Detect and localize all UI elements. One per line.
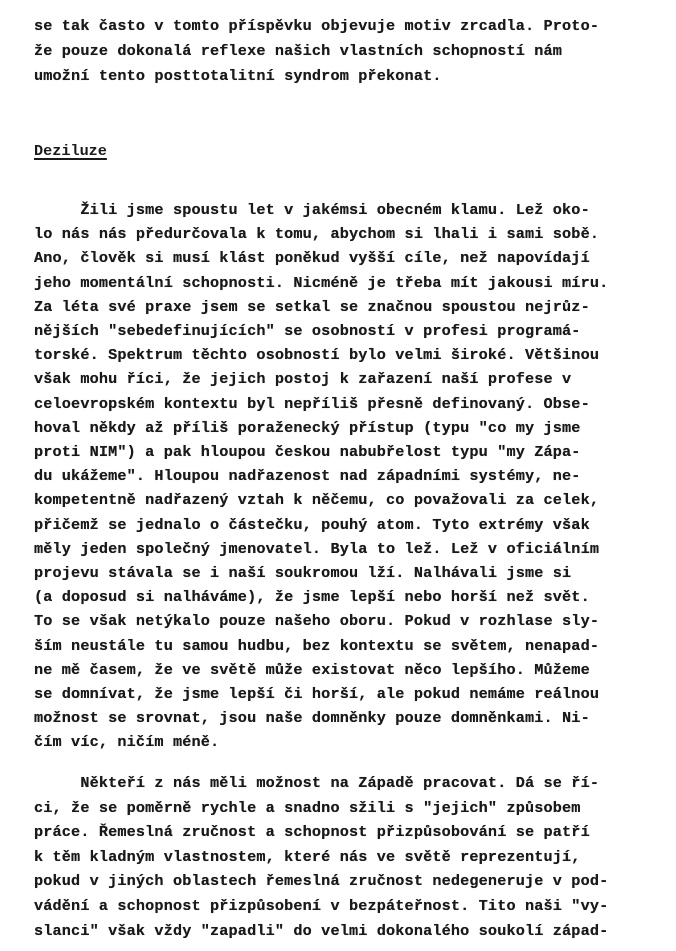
typewritten-page: se tak často v tomto příspěvku objevuje … <box>0 0 676 951</box>
text-line: torské. Spektrum těchto osobností bylo v… <box>34 345 599 365</box>
text-line: jeho momentální schopnosti. Nicméně je t… <box>34 273 608 293</box>
text-line: se domnívat, že jsme lepší či horší, ale… <box>34 684 599 704</box>
text-line: pokud v jiných oblastech řemeslná zručno… <box>34 871 608 891</box>
text-line: práce. Řemeslná zručnost a schopnost při… <box>34 822 590 842</box>
text-line: (a doposud si nalháváme), že jsme lepší … <box>34 587 590 607</box>
text-line: měly jeden společný jmenovatel. Byla to … <box>34 539 599 559</box>
text-line: nějších "sebedefinujících" se osobností … <box>34 321 581 341</box>
text-line: možnost se srovnat, jsou naše domněnky p… <box>34 708 590 728</box>
text-line: ci, že se poměrně rychle a snadno sžili … <box>34 798 581 818</box>
text-line: vádění a schopnost přizpůsobení v bezpát… <box>34 896 608 916</box>
text-line: Ano, člověk si musí klást poněkud vyšší … <box>34 248 590 268</box>
text-line: Někteří z nás měli možnost na Západě pra… <box>34 773 599 793</box>
section-heading: Deziluze <box>34 142 107 160</box>
text-line: lo nás nás předurčovala k tomu, abychom … <box>34 224 599 244</box>
text-line: k těm kladným vlastnostem, které nás ve … <box>34 847 581 867</box>
text-line: du ukážeme". Hloupou nadřazenost nad záp… <box>34 466 581 486</box>
text-line: ším neustále tu samou hudbu, bez kontext… <box>34 636 599 656</box>
text-line: však mohu říci, že jejich postoj k zařaz… <box>34 369 571 389</box>
text-line: kompetentně nadřazený vztah k něčemu, co… <box>34 490 599 510</box>
text-line: projevu stávala se i naší soukromou lží.… <box>34 563 571 583</box>
text-line: To se však netýkalo pouze našeho oboru. … <box>34 611 599 631</box>
text-line: přičemž se jednalo o částečku, pouhý ato… <box>34 515 590 535</box>
text-line: ne mě časem, že ve světě může existovat … <box>34 660 590 680</box>
text-line: Za léta své praxe jsem se setkal se znač… <box>34 297 590 317</box>
text-line: proti NIM") a pak hloupou českou nabubře… <box>34 442 581 462</box>
text-line: se tak často v tomto příspěvku objevuje … <box>34 16 599 36</box>
text-line: hoval někdy až příliš poraženecký přístu… <box>34 418 581 438</box>
text-line: Žili jsme spoustu let v jakémsi obecném … <box>34 200 590 220</box>
text-line: celoevropském kontextu byl nepříliš přes… <box>34 394 590 414</box>
text-line: že pouze dokonalá reflexe našich vlastní… <box>34 41 562 61</box>
text-line: slanci" však vždy "zapadli" do velmi dok… <box>34 921 608 941</box>
text-line: čím víc, ničím méně. <box>34 732 219 752</box>
text-line: umožní tento posttotalitní syndrom překo… <box>34 66 442 86</box>
